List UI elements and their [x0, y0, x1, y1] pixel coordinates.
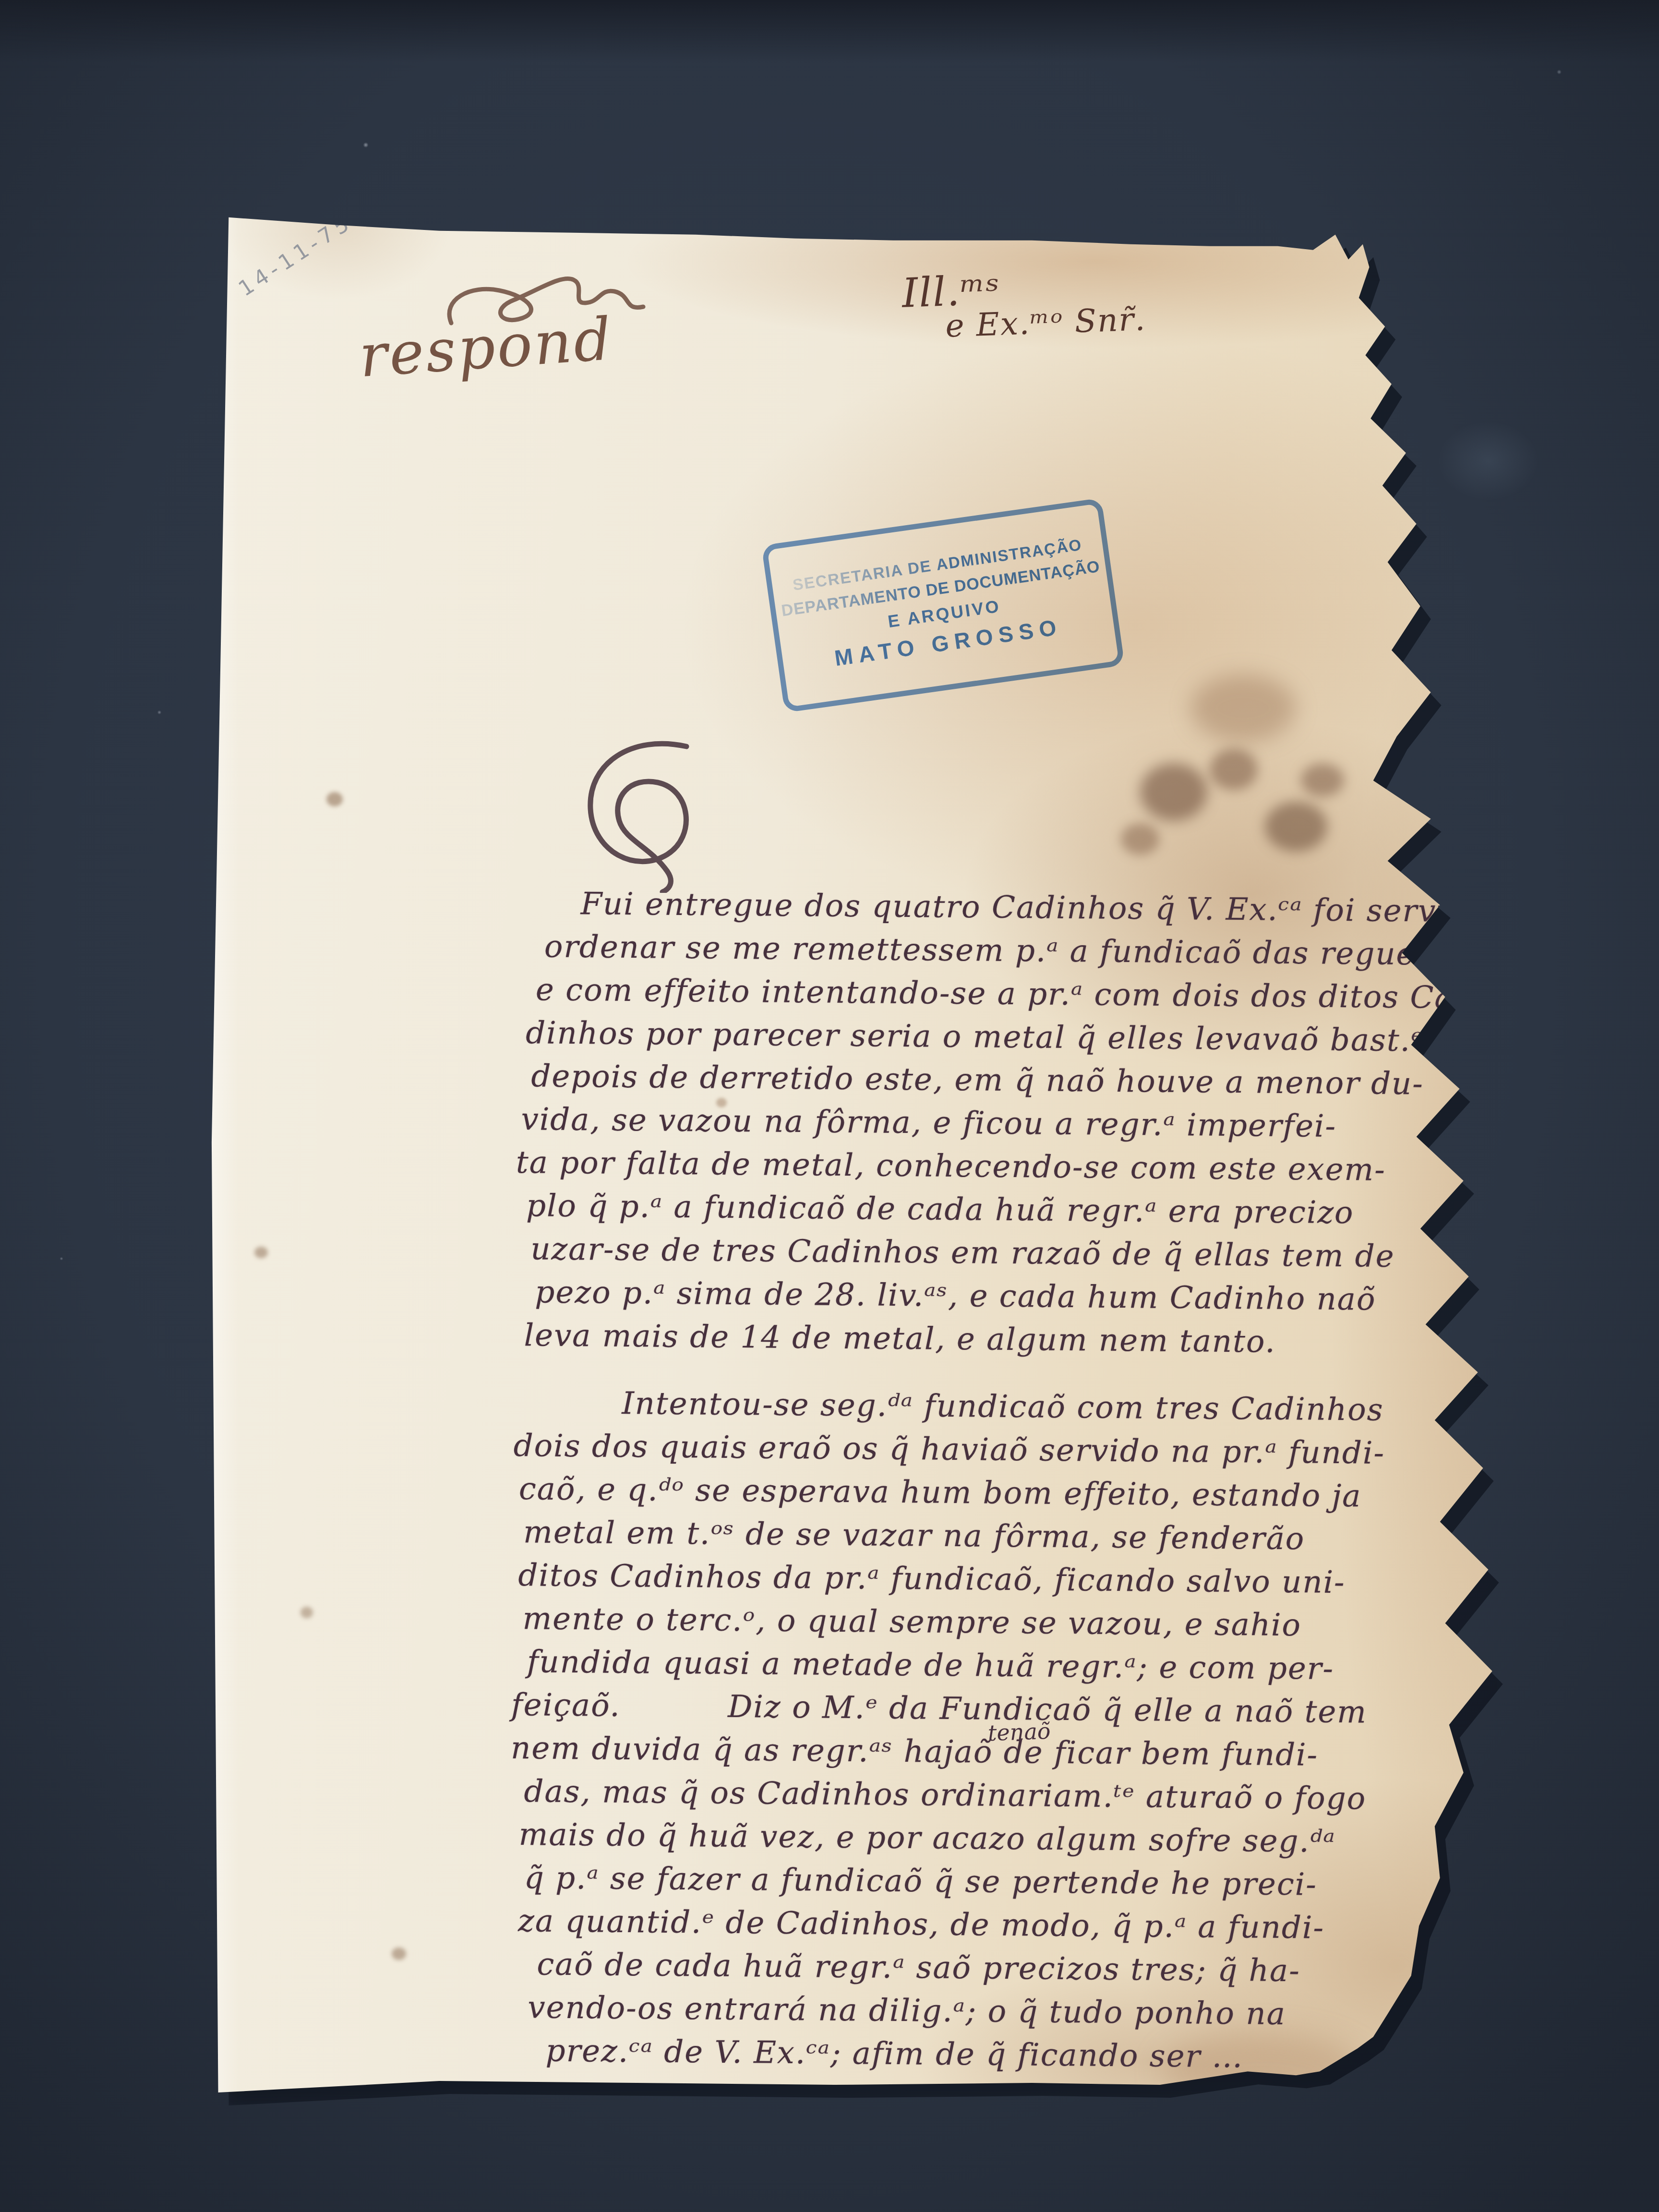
opening-initial-flourish	[578, 734, 732, 893]
manuscript-line: Intentou-se seg.ᵈᵃ fundicaõ com tres Cad…	[622, 1382, 1532, 1433]
stain-blotch	[1121, 823, 1159, 855]
paragraph: nem duvida q̃ as regr.ᵃˢ hajaõ de ficar …	[508, 1727, 1528, 2081]
stain-blotch	[1301, 763, 1344, 797]
fox-spot	[326, 792, 343, 806]
manuscript-line: leva mais de 14 de metal, e algum nem ta…	[524, 1314, 1532, 1366]
salutation-honorific: e Ex.ᵐᵒ Snr̃.	[945, 301, 1146, 345]
fox-spot	[301, 1607, 313, 1618]
paragraph: Intentou-se seg.ᵈᵃ fundicaõ com tres Cad…	[511, 1381, 1532, 1735]
stain-blotch	[1190, 674, 1296, 742]
stain-blotch	[1210, 749, 1258, 790]
stain-blotch	[1265, 802, 1327, 852]
photo-backdrop: 14-11-75 respond Ill.ᵐˢ e Ex.ᵐᵒ Snr̃. SE…	[0, 0, 1659, 2212]
interlinear-correction: tenaõ	[987, 1718, 1051, 1746]
manuscript-body: Fui entregue dos quatro Cadinhos q̃ V. E…	[508, 882, 1536, 2081]
stain-blotch	[1140, 763, 1207, 821]
manuscript-line: Fui entregue dos quatro Cadinhos q̃ V. E…	[580, 882, 1536, 934]
salutation-block: Ill.ᵐˢ e Ex.ᵐᵒ Snr̃.	[901, 261, 1146, 346]
archivist-response-note: respond	[357, 305, 615, 391]
paragraph: Fui entregue dos quatro Cadinhos q̃ V. E…	[514, 882, 1536, 1366]
manuscript-paper: 14-11-75 respond Ill.ᵐˢ e Ex.ᵐᵒ Snr̃. SE…	[206, 185, 1515, 2100]
fox-spot	[392, 1948, 406, 1960]
archive-stamp: SECRETARIA DE ADMINISTRAÇÃO DEPARTAMENTO…	[761, 498, 1125, 713]
fox-spot	[254, 1247, 268, 1258]
